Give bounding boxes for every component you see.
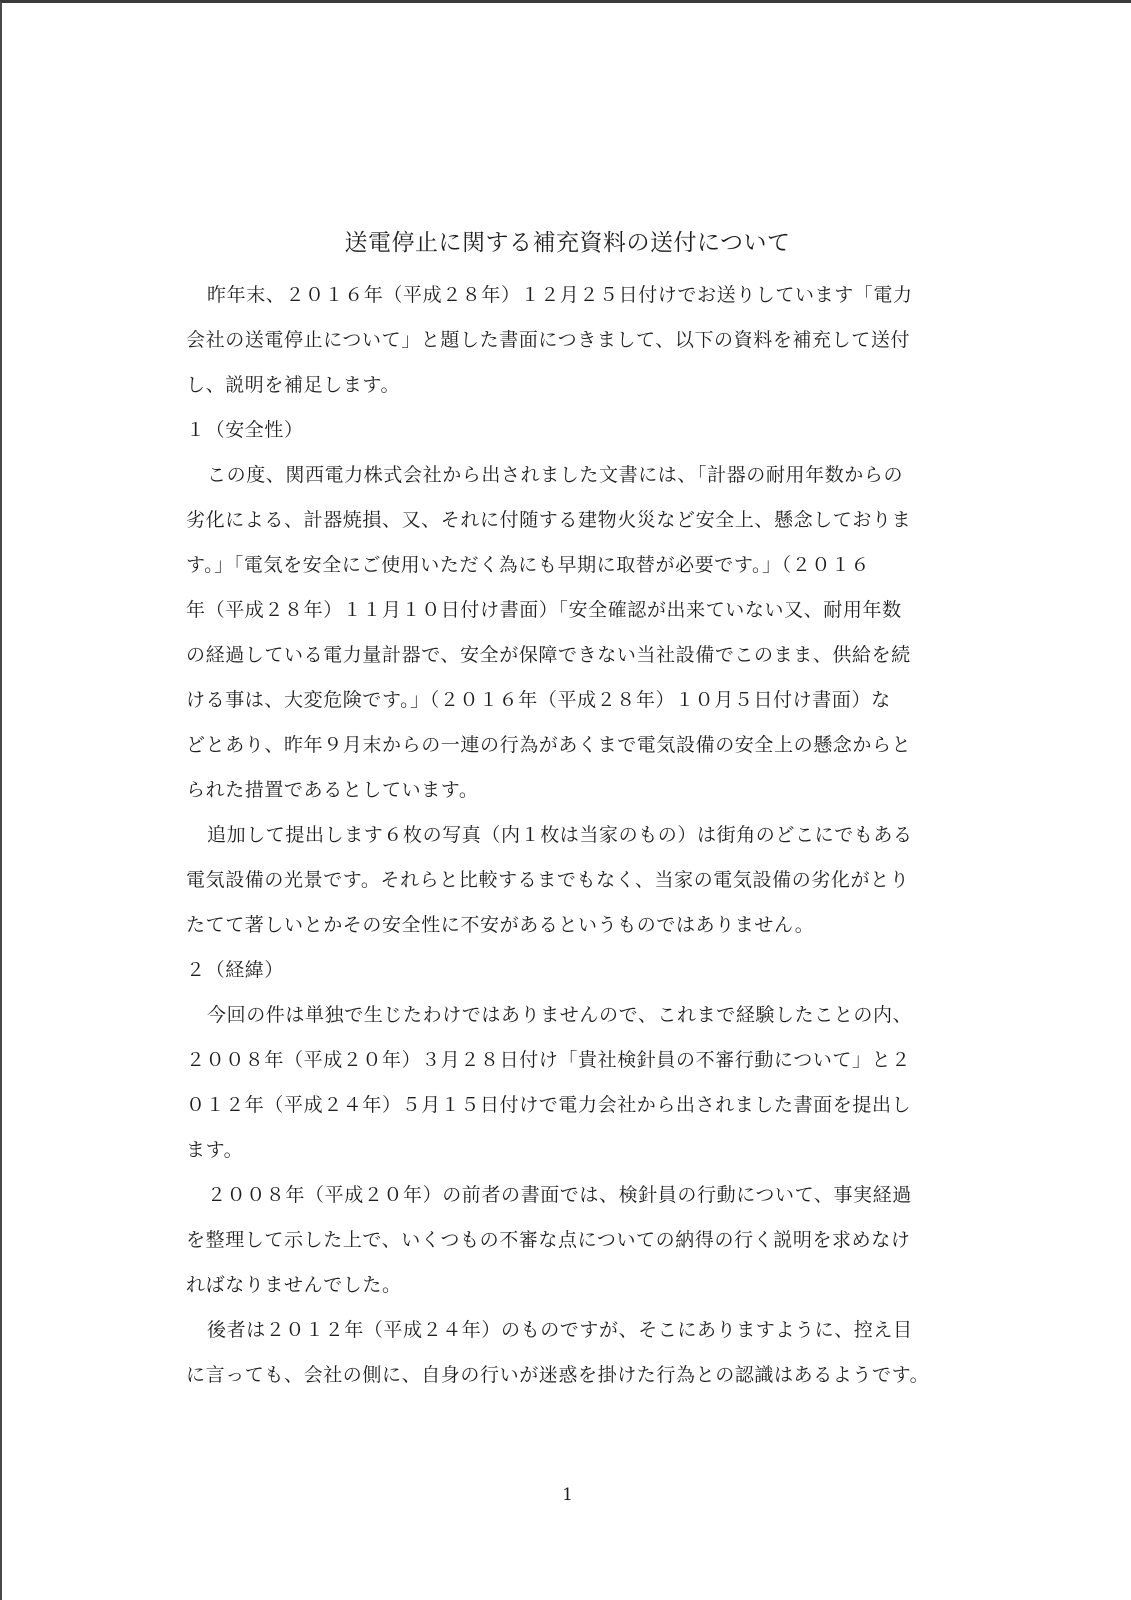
document-body: 昨年末、２０１６年（平成２８年）１２月２５日付けでお送りしています「電力 会社の… xyxy=(186,273,986,1398)
paragraph-2008-line-3: ればなりませんでした。 xyxy=(186,1263,986,1308)
paragraph-intro-line-3: し、説明を補足します。 xyxy=(186,363,986,408)
paragraph-safety-line-7: どとあり、昨年９月末からの一連の行為があくまで電気設備の安全上の懸念からと xyxy=(186,723,986,768)
paragraph-safety-line-5: の経過している電力量計器で、安全が保障できない当社設備でこのまま、供給を続 xyxy=(186,633,986,678)
document-title: 送電停止に関する補充資料の送付について xyxy=(2,224,1131,257)
paragraph-safety-line-8: られた措置であるとしています。 xyxy=(186,768,986,813)
paragraph-2008-line-1: ２００８年（平成２０年）の前者の書面では、検針員の行動について、事実経過 xyxy=(186,1173,986,1218)
paragraph-2012-line-1: 後者は２０１２年（平成２４年）のものですが、そこにありますように、控え目 xyxy=(186,1308,986,1353)
paragraph-safety-line-2: 劣化による、計器焼損、又、それに付随する建物火災など安全上、懸念しておりま xyxy=(186,498,986,543)
paragraph-background-line-3: ０１２年（平成２４年）５月１５日付けで電力会社から出されました書面を提出し xyxy=(186,1083,986,1128)
page-number: 1 xyxy=(2,1485,1131,1505)
paragraph-safety-line-1: この度、関西電力株式会社から出されました文書には、「計器の耐用年数からの xyxy=(186,453,986,498)
section-heading-background: ２（経緯） xyxy=(186,948,986,993)
paragraph-2008-line-2: を整理して示した上で、いくつもの不審な点についての納得の行く説明を求めなけ xyxy=(186,1218,986,1263)
section-heading-safety: １（安全性） xyxy=(186,408,986,453)
paragraph-background-line-1: 今回の件は単独で生じたわけではありませんので、これまで経験したことの内、 xyxy=(186,993,986,1038)
paragraph-photos-line-2: 電気設備の光景です。それらと比較するまでもなく、当家の電気設備の劣化がとり xyxy=(186,858,986,903)
paragraph-safety-line-3: す。」「電気を安全にご使用いただく為にも早期に取替が必要です。」（２０１６ xyxy=(186,543,986,588)
paragraph-intro-line-2: 会社の送電停止について」と題した書面につきまして、以下の資料を補充して送付 xyxy=(186,318,986,363)
paragraph-safety-line-6: ける事は、大変危険です。」（２０１６年（平成２８年）１０月５日付け書面）な xyxy=(186,678,986,723)
paragraph-photos-line-1: 追加して提出します６枚の写真（内１枚は当家のもの）は街角のどこにでもある xyxy=(186,813,986,858)
paragraph-intro-line-1: 昨年末、２０１６年（平成２８年）１２月２５日付けでお送りしています「電力 xyxy=(186,273,986,318)
document-page: 送電停止に関する補充資料の送付について 昨年末、２０１６年（平成２８年）１２月２… xyxy=(0,0,1131,1600)
paragraph-2012-line-2: に言っても、会社の側に、自身の行いが迷惑を掛けた行為との認識はあるようです。 xyxy=(186,1353,986,1398)
paragraph-background-line-4: ます。 xyxy=(186,1128,986,1173)
paragraph-safety-line-4: 年（平成２８年）１１月１０日付け書面）「安全確認が出来ていない又、耐用年数 xyxy=(186,588,986,633)
paragraph-background-line-2: ２００８年（平成２０年）３月２８日付け「貴社検針員の不審行動について」と２ xyxy=(186,1038,986,1083)
paragraph-photos-line-3: たてて著しいとかその安全性に不安があるというものではありません。 xyxy=(186,903,986,948)
